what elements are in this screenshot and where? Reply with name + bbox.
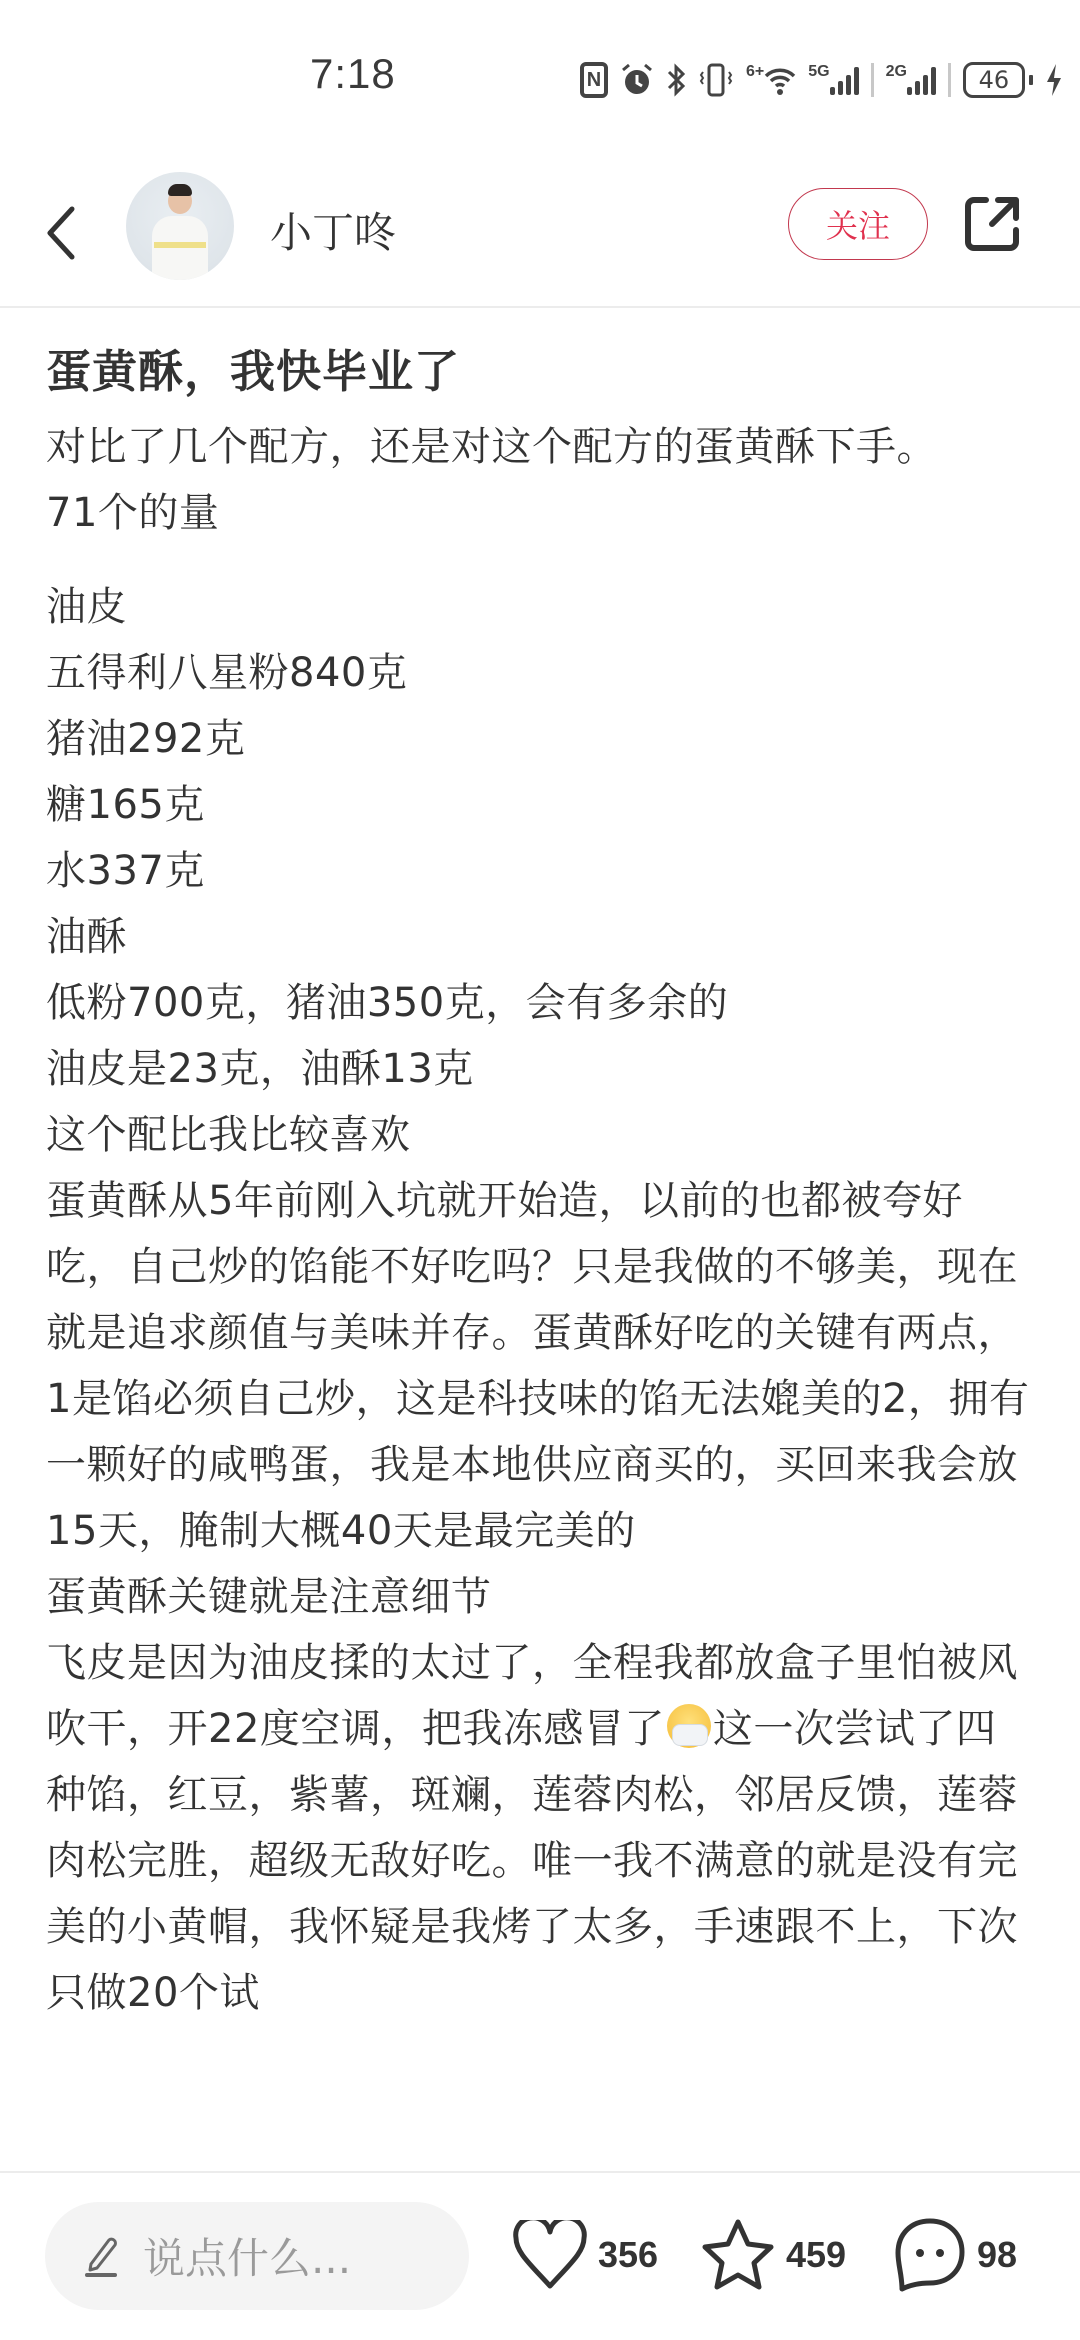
like-count: 356 bbox=[598, 2234, 658, 2276]
chevron-left-icon bbox=[44, 205, 76, 261]
comment-button[interactable]: 98 bbox=[893, 2205, 1017, 2305]
recipe-line: 油酥 bbox=[46, 904, 1036, 970]
post-title: 蛋黄酥，我快毕业了 bbox=[46, 330, 1036, 414]
battery-nub bbox=[1029, 75, 1033, 85]
comment-count: 98 bbox=[977, 2234, 1017, 2276]
header-divider bbox=[0, 306, 1080, 308]
charging-icon bbox=[1045, 60, 1063, 100]
comment-input[interactable]: 说点什么... bbox=[45, 2202, 469, 2310]
share-button[interactable] bbox=[962, 194, 1022, 254]
follow-button[interactable]: 关注 bbox=[788, 188, 928, 260]
bottom-action-bar: 说点什么... 356 459 98 bbox=[0, 2173, 1080, 2340]
username[interactable]: 小丁咚 bbox=[270, 200, 396, 260]
status-bar: 7:18 N 6+ 5G 2G 46 bbox=[0, 0, 1080, 150]
mask-face-emoji-icon bbox=[667, 1704, 711, 1748]
recipe-line: 糖165克 bbox=[46, 772, 1036, 838]
divider bbox=[871, 63, 874, 97]
avatar[interactable] bbox=[126, 172, 234, 280]
status-time: 7:18 bbox=[310, 50, 396, 98]
signal-5g-icon: 5G bbox=[808, 60, 858, 100]
comment-bubble-icon bbox=[893, 2217, 967, 2293]
recipe-line: 油皮是23克，油酥13克 bbox=[46, 1036, 1036, 1102]
comment-placeholder: 说点什么... bbox=[143, 2226, 351, 2286]
share-icon bbox=[962, 194, 1022, 254]
back-button[interactable] bbox=[40, 198, 80, 268]
recipe-line: 油皮 bbox=[46, 574, 1036, 640]
post-intro-2: 71个的量 bbox=[46, 480, 1036, 546]
recipe-line: 这个配比我比较喜欢 bbox=[46, 1102, 1036, 1168]
heart-icon bbox=[512, 2220, 588, 2290]
battery-icon: 46 bbox=[963, 62, 1025, 98]
post-content: 蛋黄酥，我快毕业了 对比了几个配方，还是对这个配方的蛋黄酥下手。 71个的量 油… bbox=[46, 330, 1036, 2026]
nfc-icon: N bbox=[580, 62, 608, 98]
bluetooth-icon bbox=[666, 60, 686, 100]
like-button[interactable]: 356 bbox=[512, 2205, 658, 2305]
recipe-line: 五得利八星粉840克 bbox=[46, 640, 1036, 706]
post-detail: 飞皮是因为油皮揉的太过了，全程我都放盒子里怕被风吹干，开22度空调，把我冻感冒了… bbox=[46, 1630, 1036, 2026]
star-icon bbox=[700, 2217, 776, 2293]
collect-count: 459 bbox=[786, 2234, 846, 2276]
alarm-icon bbox=[620, 60, 654, 100]
post-detail-heading: 蛋黄酥关键就是注意细节 bbox=[46, 1564, 1036, 1630]
wifi-6-icon: 6+ bbox=[746, 60, 796, 100]
recipe-line: 低粉700克，猪油350克，会有多余的 bbox=[46, 970, 1036, 1036]
post-header: 小丁咚 关注 bbox=[0, 160, 1080, 306]
recipe-line: 猪油292克 bbox=[46, 706, 1036, 772]
post-intro-1: 对比了几个配方，还是对这个配方的蛋黄酥下手。 bbox=[46, 414, 1036, 480]
divider bbox=[948, 63, 951, 97]
status-icons: N 6+ 5G 2G 46 bbox=[580, 58, 1063, 102]
recipe-line: 水337克 bbox=[46, 838, 1036, 904]
pencil-icon bbox=[81, 2234, 121, 2278]
vibrate-icon bbox=[698, 60, 734, 100]
collect-button[interactable]: 459 bbox=[700, 2205, 846, 2305]
signal-2g-icon: 2G bbox=[886, 60, 936, 100]
post-story: 蛋黄酥从5年前刚入坑就开始造，以前的也都被夸好吃，自己炒的馅能不好吃吗？只是我做… bbox=[46, 1168, 1036, 1564]
